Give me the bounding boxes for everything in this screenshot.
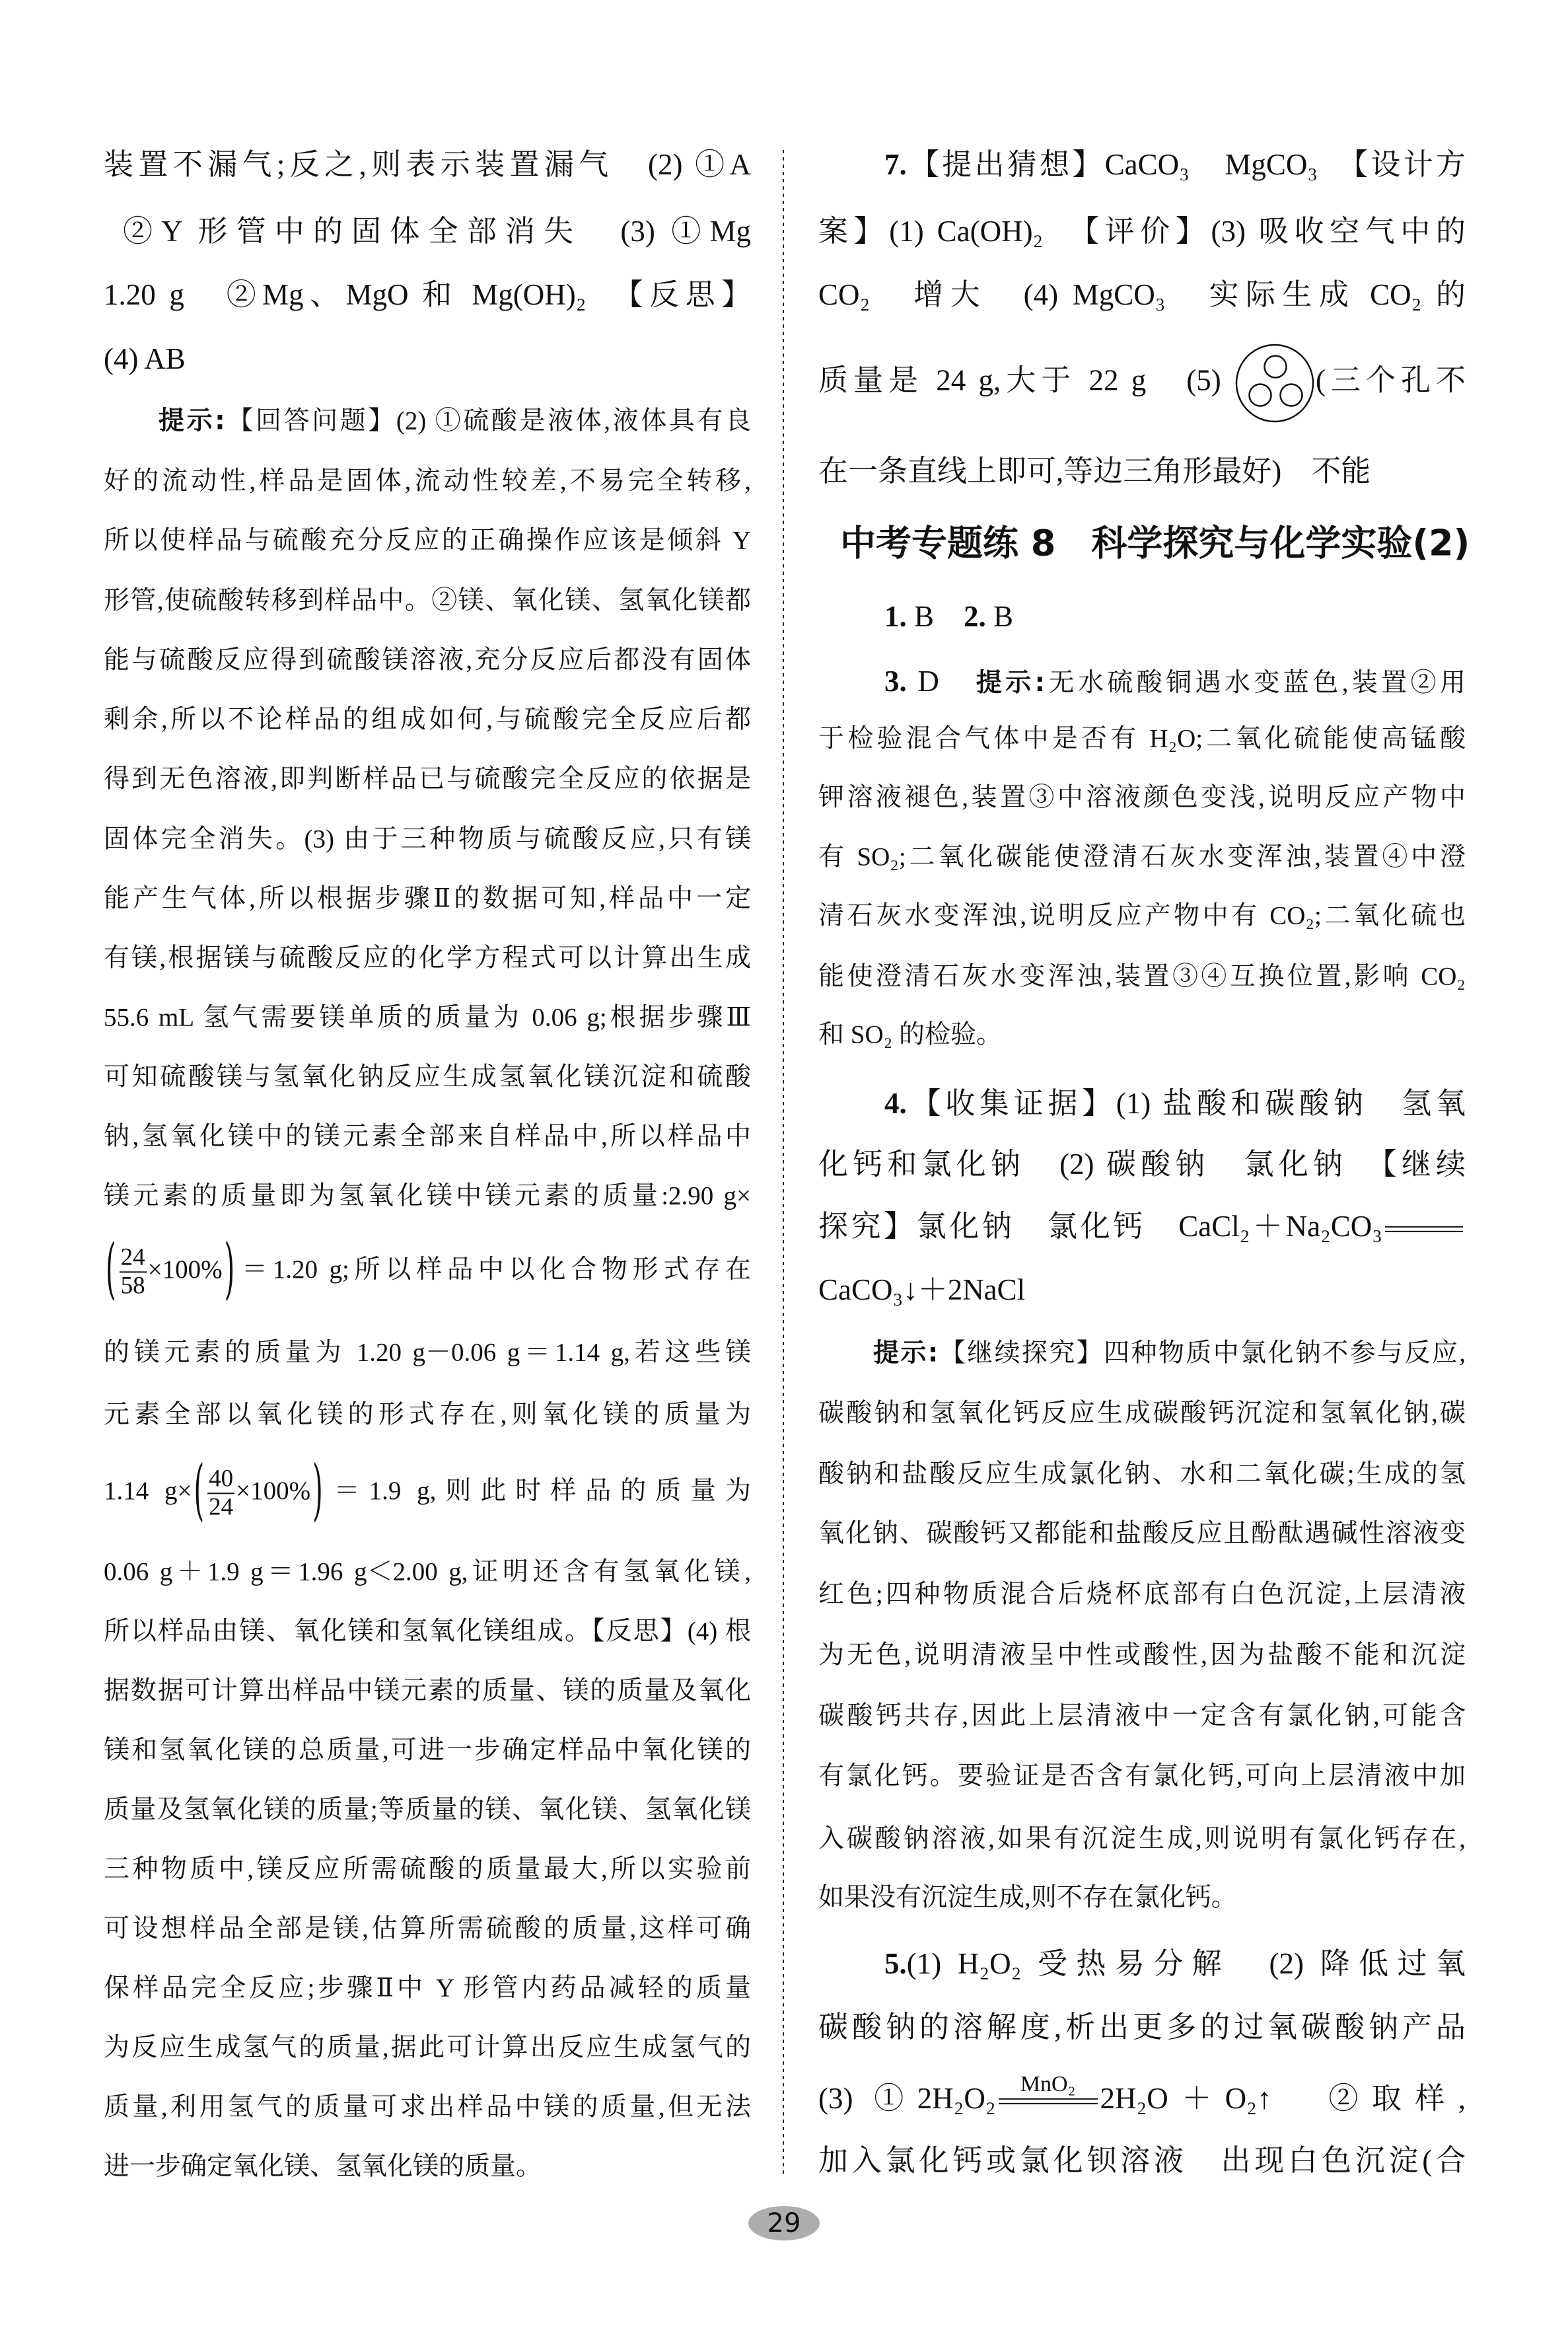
text-run: 钾溶液褪色,装置③中溶液颜色变浅,说明反应产物中: [818, 784, 1466, 812]
text-run: 化钙和氯化钠 (2) 碳酸钠 氯化钠 【继续: [818, 1148, 1466, 1181]
answer-line: 1. B 2. B: [818, 598, 1466, 635]
hint-line: 质量及氢氧化镁的质量;等质量的镁、氧化镁、氢氧化镁: [104, 1794, 751, 1827]
hint-line: 和 SO₂ 的检验。: [818, 1019, 1466, 1052]
text-run: 【收集证据】(1) 盐酸和碳酸钠 氢氧: [907, 1087, 1466, 1120]
text-run: 氧化钠、碳酸钙又都能和盐酸反应且酚酞遇碱性溶液变: [818, 1520, 1466, 1548]
fraction-denominator: 58: [120, 1271, 147, 1300]
text-run: ＝1.20 g;所以样品中以化合物形式存在: [236, 1255, 751, 1284]
hint-line: 据数据可计算出样品中镁元素的质量、镁的质量及氧化: [104, 1676, 751, 1708]
answer-line: 1.20 g ②Mg、MgO 和 Mg(OH)₂ 【反思】: [104, 276, 751, 313]
text-run: 碳酸钠和氢氧化钙反应生成碳酸钙沉淀和氢氧化钠,碳: [818, 1399, 1466, 1428]
answer-line: 碳酸钠的溶解度,析出更多的过氧碳酸钠产品: [818, 2009, 1466, 2046]
answer-line: 案】(1) Ca(OH)₂ 【评价】(3) 吸收空气中的: [818, 213, 1466, 250]
text-run: B: [986, 600, 1013, 633]
text-run: 能产生气体,所以根据步骤Ⅱ的数据可知,样品中一定: [104, 885, 751, 913]
answer-line: ②Y 形管中的固体全部消失 (3) ①Mg: [104, 213, 751, 250]
text-run: 2H₂O＋O₂↑ ②取样,: [1100, 2082, 1466, 2115]
question-number: 5.: [884, 1947, 907, 1980]
hint-line: 有镁,根据镁与硫酸反应的化学方程式可以计算出生成: [104, 943, 751, 975]
answer-line: 质量是 24 g,大于 22 g (5) (三个孔不: [818, 344, 1466, 423]
text-run: ×100%: [148, 1255, 223, 1284]
hint-line: 保样品完全反应;步骤Ⅱ中 Y 形管内药品减轻的质量: [104, 1973, 751, 2005]
text-run: 如果没有沉淀生成,则不存在氯化钙。: [818, 1884, 1237, 1912]
page-number-badge: 29: [748, 2206, 820, 2240]
text-run: 保样品完全反应;步骤Ⅱ中 Y 形管内药品减轻的质量: [104, 1974, 751, 2003]
answer-key-page: 装置不漏气;反之,则表示装置漏气 (2) ①A②Y 形管中的固体全部消失 (3)…: [0, 0, 1568, 2325]
answer-line: (3) ①2H₂O₂MnO₂2H₂O＋O₂↑ ②取样,: [818, 2080, 1466, 2117]
text-run: 有镁,根据镁与硫酸反应的化学方程式可以计算出生成: [104, 944, 751, 973]
hint-line: 可知硫酸镁与氢氧化钠反应生成氢氧化镁沉淀和硫酸: [104, 1062, 751, 1094]
text-run: 所以使样品与硫酸充分反应的正确操作应该是倾斜 Y: [104, 527, 751, 555]
hint-line: 55.6 mL 氢气需要镁单质的质量为 0.06 g;根据步骤Ⅲ: [104, 1002, 751, 1035]
three-hole-stopper-diagram: [1235, 344, 1314, 423]
text-run: 有氯化钙。要验证是否含有氯化钙,可向上层清液中加: [818, 1762, 1466, 1790]
text-run: 1.20 g ②Mg、MgO 和 Mg(OH)₂ 【反思】: [104, 278, 751, 311]
hint-line: 得到无色溶液,即判断样品已与硫酸完全反应的依据是: [104, 764, 751, 796]
text-run: 入碳酸钠溶液,如果有沉淀生成,则说明有氯化钙存在,: [818, 1825, 1466, 1853]
text-run: 能使澄清石灰水变浑浊,装置③④互换位置,影响 CO₂: [818, 963, 1466, 991]
text-run: ＝1.9 g,则此时样品的质量为: [325, 1477, 751, 1505]
hint-line: 3. D 提示:无水硫酸铜遇水变蓝色,装置②用: [818, 663, 1466, 700]
hint-line: 元素全部以氧化镁的形式存在,则氧化镁的质量为: [104, 1399, 751, 1432]
text-run: 剩余,所以不论样品的组成如何,与硫酸完全反应后都: [104, 706, 751, 734]
text-run: ×100%: [236, 1477, 310, 1505]
hint-line: 有氯化钙。要验证是否含有氯化钙,可向上层清液中加: [818, 1761, 1466, 1793]
answer-line: (4) AB: [104, 340, 751, 377]
answer-line: CO₂ 增大 (4) MgCO₃ 实际生成 CO₂ 的: [818, 276, 1466, 313]
column-divider: [783, 150, 784, 2176]
text-run: 55.6 mL 氢气需要镁单质的质量为 0.06 g;根据步骤Ⅲ: [104, 1004, 751, 1032]
text-run: 能与硫酸反应得到硫酸镁溶液,充分反应后都没有固体: [104, 646, 751, 675]
answer-line: 5.(1) H₂O₂ 受热易分解 (2) 降低过氧: [818, 1945, 1466, 1982]
large-parenthesis: ): [225, 1228, 235, 1310]
text-run: 装置不漏气;反之,则表示装置漏气 (2) ①A: [104, 148, 751, 181]
text-run: 元素全部以氧化镁的形式存在,则氧化镁的质量为: [104, 1401, 751, 1429]
text-run: 【回答问题】(2) ①硫酸是液体,液体具有良: [225, 407, 751, 435]
hint-line: 形管,使硫酸转移到样品中。②镁、氧化镁、氢氧化镁都: [104, 585, 751, 618]
fraction: 4024: [207, 1465, 234, 1520]
answer-line: 装置不漏气;反之,则表示装置漏气 (2) ①A: [104, 146, 751, 183]
text-run: 案】(1) Ca(OH)₂ 【评价】(3) 吸收空气中的: [818, 215, 1466, 248]
text-run: 据数据可计算出样品中镁元素的质量、镁的质量及氧化: [104, 1677, 751, 1705]
text-run: 三种物质中,镁反应所需硫酸的质量最大,所以实验前: [104, 1855, 751, 1884]
text-run: 形管,使硫酸转移到样品中。②镁、氧化镁、氢氧化镁都: [104, 587, 751, 615]
text-run: 于检验混合气体中是否有 H₂O;二氧化硫能使高锰酸: [818, 725, 1466, 753]
text-run: 所以样品由镁、氧化镁和氢氧化镁组成。【反思】(4) 根: [104, 1617, 751, 1646]
question-number: 3.: [884, 665, 907, 698]
hint-label: 提示:: [976, 668, 1045, 698]
hint-line: 提示:【回答问题】(2) ①硫酸是液体,液体具有良: [104, 406, 751, 438]
text-run: CaCO₃↓＋2NaCl: [818, 1273, 1025, 1306]
hint-line: 1.14 g×(4024×100%)＝1.9 g,则此时样品的质量为: [104, 1465, 751, 1520]
text-run: (3) ①2H₂O₂: [818, 2082, 996, 2115]
hint-line: 提示:【继续探究】四种物质中氯化钠不参与反应,: [818, 1338, 1466, 1370]
text-run: 【继续探究】四种物质中氯化钠不参与反应,: [938, 1339, 1466, 1368]
hint-line: 能使澄清石灰水变浑浊,装置③④互换位置,影响 CO₂: [818, 961, 1466, 994]
reaction-condition: MnO₂: [1020, 2073, 1076, 2096]
hint-line: 钠,氢氧化镁中的镁元素全部来自样品中,所以样品中: [104, 1121, 751, 1154]
reaction-equals-sign: [1385, 1226, 1463, 1232]
text-run: 1.14 g×: [104, 1477, 192, 1505]
hint-line: 入碳酸钠溶液,如果有沉淀生成,则说明有氯化钙存在,: [818, 1824, 1466, 1856]
answer-line: 4.【收集证据】(1) 盐酸和碳酸钠 氢氧: [818, 1085, 1466, 1122]
text-run: 质量是 24 g,大于 22 g (5): [818, 363, 1234, 396]
text-run: 在一条直线上即可,等边三角形最好) 不能: [818, 455, 1371, 488]
answer-text: D: [907, 665, 976, 698]
text-run: 进一步确定氧化镁、氢氧化镁的质量。: [104, 2153, 542, 2181]
hint-line: 三种物质中,镁反应所需硫酸的质量最大,所以实验前: [104, 1854, 751, 1886]
hint-line: 有 SO₂;二氧化碳能使澄清石灰水变浑浊,装置④中澄: [818, 842, 1466, 874]
text-run: (三个孔不: [1316, 363, 1466, 396]
left-column: 装置不漏气;反之,则表示装置漏气 (2) ①A②Y 形管中的固体全部消失 (3)…: [104, 0, 751, 2325]
hint-line: 进一步确定氧化镁、氢氧化镁的质量。: [104, 2151, 751, 2184]
text-run: 红色;四种物质混合后烧杯底部有白色沉淀,上层清液: [818, 1580, 1466, 1609]
text-run: 探究】氯化钠 氯化钙 CaCl₂＋Na₂CO₃: [818, 1210, 1382, 1243]
text-run: 为无色,说明清液呈中性或酸性,因为盐酸不能和沉淀: [818, 1641, 1466, 1670]
stopper-svg: [1235, 344, 1314, 423]
text-run: 固体完全消失。(3) 由于三种物质与硫酸反应,只有镁: [104, 825, 751, 854]
text-run: 钠,氢氧化镁中的镁元素全部来自样品中,所以样品中: [104, 1123, 751, 1151]
fraction-numerator: 40: [207, 1465, 234, 1493]
text-run: (4) AB: [104, 342, 186, 375]
hint-line: 镁元素的质量即为氢氧化镁中镁元素的质量:2.90 g×: [104, 1181, 751, 1213]
hint-label: 提示:: [873, 1339, 938, 1368]
right-column: 7.【提出猜想】CaCO₃ MgCO₃ 【设计方案】(1) Ca(OH)₂ 【评…: [818, 0, 1466, 2325]
text-run: 可设想样品全部是镁,估算所需硫酸的质量,这样可确: [104, 1915, 751, 1943]
stopper-hole: [1264, 356, 1286, 378]
hint-line: 为反应生成氢气的质量,据此可计算出反应生成氢气的: [104, 2032, 751, 2065]
hint-line: 能与硫酸反应得到硫酸镁溶液,充分反应后都没有固体: [104, 645, 751, 677]
text-run: 清石灰水变浑浊,说明反应产物中有 CO₂;二氧化硫也: [818, 902, 1466, 930]
text-run: 镁元素的质量即为氢氧化镁中镁元素的质量:2.90 g×: [104, 1182, 751, 1210]
text-run: 中考专题练 8 科学探究与化学实验(2): [840, 522, 1470, 564]
text-run: B: [907, 600, 964, 633]
large-parenthesis: (: [194, 1449, 204, 1532]
question-number: 1.: [884, 600, 907, 633]
text-run: 碳酸钙共存,因此上层清液中一定含有氯化钠,可能含: [818, 1702, 1466, 1730]
hint-line: 于检验混合气体中是否有 H₂O;二氧化硫能使高锰酸: [818, 723, 1466, 756]
fraction-numerator: 24: [120, 1244, 147, 1271]
hint-line: 剩余,所以不论样品的组成如何,与硫酸完全反应后都: [104, 704, 751, 737]
text-run: 的镁元素的质量为 1.20 g－0.06 g＝1.14 g,若这些镁: [104, 1339, 751, 1367]
text-run: 酸钠和盐酸反应生成氯化钠、水和二氧化碳;生成的氢: [818, 1460, 1466, 1489]
hint-line: 可设想样品全部是镁,估算所需硫酸的质量,这样可确: [104, 1913, 751, 1946]
question-number: 2.: [964, 600, 986, 633]
answer-line: 加入氯化钙或氯化钡溶液 出现白色沉淀(合: [818, 2142, 1466, 2179]
hint-line: 好的流动性,样品是固体,流动性较差,不易完全转移,: [104, 466, 751, 498]
text-run: 有 SO₂;二氧化碳能使澄清石灰水变浑浊,装置④中澄: [818, 843, 1466, 871]
stopper-hole: [1280, 385, 1302, 406]
hint-line: 碳酸钙共存,因此上层清液中一定含有氯化钠,可能含: [818, 1701, 1466, 1733]
large-parenthesis: (: [106, 1228, 116, 1310]
text-run: 加入氯化钙或氯化钡溶液 出现白色沉淀(合: [818, 2144, 1466, 2177]
question-number: 7.: [884, 148, 907, 181]
fraction-denominator: 24: [207, 1493, 234, 1521]
text-run: 可知硫酸镁与氢氧化钠反应生成氢氧化镁沉淀和硫酸: [104, 1063, 751, 1091]
hint-line: 所以使样品与硫酸充分反应的正确操作应该是倾斜 Y: [104, 525, 751, 558]
hint-line: 酸钠和盐酸反应生成氯化钠、水和二氧化碳;生成的氢: [818, 1459, 1466, 1491]
answer-line: CaCO₃↓＋2NaCl: [818, 1271, 1466, 1308]
page-number: 29: [767, 2210, 801, 2236]
text-run: 质量,利用氢气的质量可求出样品中镁的质量,但无法: [104, 2093, 751, 2122]
text-run: 【提出猜想】CaCO₃ MgCO₃ 【设计方: [907, 148, 1466, 181]
text-run: 得到无色溶液,即判断样品已与硫酸完全反应的依据是: [104, 765, 751, 793]
text-run: 好的流动性,样品是固体,流动性较差,不易完全转移,: [104, 467, 751, 496]
hint-line: 氧化钠、碳酸钙又都能和盐酸反应且酚酞遇碱性溶液变: [818, 1518, 1466, 1551]
stopper-hole: [1249, 385, 1271, 406]
hint-line: 清石灰水变浑浊,说明反应产物中有 CO₂;二氧化硫也: [818, 901, 1466, 933]
hint-line: 为无色,说明清液呈中性或酸性,因为盐酸不能和沉淀: [818, 1640, 1466, 1672]
text-run: 质量及氢氧化镁的质量;等质量的镁、氧化镁、氢氧化镁: [104, 1796, 751, 1824]
hint-line: 钾溶液褪色,装置③中溶液颜色变浅,说明反应产物中: [818, 782, 1466, 815]
answer-line: 在一条直线上即可,等边三角形最好) 不能: [818, 453, 1466, 490]
hint-line: 固体完全消失。(3) 由于三种物质与硫酸反应,只有镁: [104, 824, 751, 856]
answer-line: 7.【提出猜想】CaCO₃ MgCO₃ 【设计方: [818, 146, 1466, 183]
text-run: 和 SO₂ 的检验。: [818, 1021, 1002, 1049]
hint-line: 0.06 g＋1.9 g＝1.96 g＜2.00 g,证明还含有氢氧化镁,: [104, 1557, 751, 1589]
hint-line: 红色;四种物质混合后烧杯底部有白色沉淀,上层清液: [818, 1579, 1466, 1611]
text-run: 无水硫酸铜遇水变蓝色,装置②用: [1045, 669, 1466, 697]
hint-line: 的镁元素的质量为 1.20 g－0.06 g＝1.14 g,若这些镁: [104, 1337, 751, 1370]
fraction: 2458: [120, 1244, 147, 1299]
text-run: (1) H₂O₂ 受热易分解 (2) 降低过氧: [907, 1947, 1466, 1980]
reaction-equals-sign: MnO₂: [999, 2098, 1098, 2104]
hint-line: 质量,利用氢气的质量可求出样品中镁的质量,但无法: [104, 2092, 751, 2124]
hint-line: (2458×100%)＝1.20 g;所以样品中以化合物形式存在: [104, 1244, 751, 1299]
hint-label: 提示:: [159, 406, 225, 436]
section-heading: 中考专题练 8 科学探究与化学实验(2): [818, 521, 1466, 566]
hint-line: 碳酸钠和氢氧化钙反应生成碳酸钙沉淀和氢氧化钠,碳: [818, 1398, 1466, 1430]
text-run: 碳酸钠的溶解度,析出更多的过氧碳酸钠产品: [818, 2011, 1466, 2044]
text-run: 镁和氢氧化镁的总质量,可进一步确定样品中氧化镁的: [104, 1736, 751, 1765]
text-run: ②Y 形管中的固体全部消失 (3) ①Mg: [123, 215, 751, 248]
hint-line: 镁和氢氧化镁的总质量,可进一步确定样品中氧化镁的: [104, 1735, 751, 1767]
text-run: CO₂ 增大 (4) MgCO₃ 实际生成 CO₂ 的: [818, 278, 1466, 311]
question-number: 4.: [884, 1087, 907, 1120]
text-run: 0.06 g＋1.9 g＝1.96 g＜2.00 g,证明还含有氢氧化镁,: [104, 1558, 751, 1586]
large-parenthesis: ): [312, 1449, 323, 1532]
answer-line: 化钙和氯化钠 (2) 碳酸钠 氯化钠 【继续: [818, 1146, 1466, 1183]
text-run: 为反应生成氢气的质量,据此可计算出反应生成氢气的: [104, 2034, 751, 2062]
hint-line: 所以样品由镁、氧化镁和氢氧化镁组成。【反思】(4) 根: [104, 1616, 751, 1648]
hint-line: 如果没有沉淀生成,则不存在氯化钙。: [818, 1882, 1466, 1915]
hint-line: 能产生气体,所以根据步骤Ⅱ的数据可知,样品中一定: [104, 883, 751, 916]
answer-line: 探究】氯化钠 氯化钙 CaCl₂＋Na₂CO₃: [818, 1208, 1466, 1245]
